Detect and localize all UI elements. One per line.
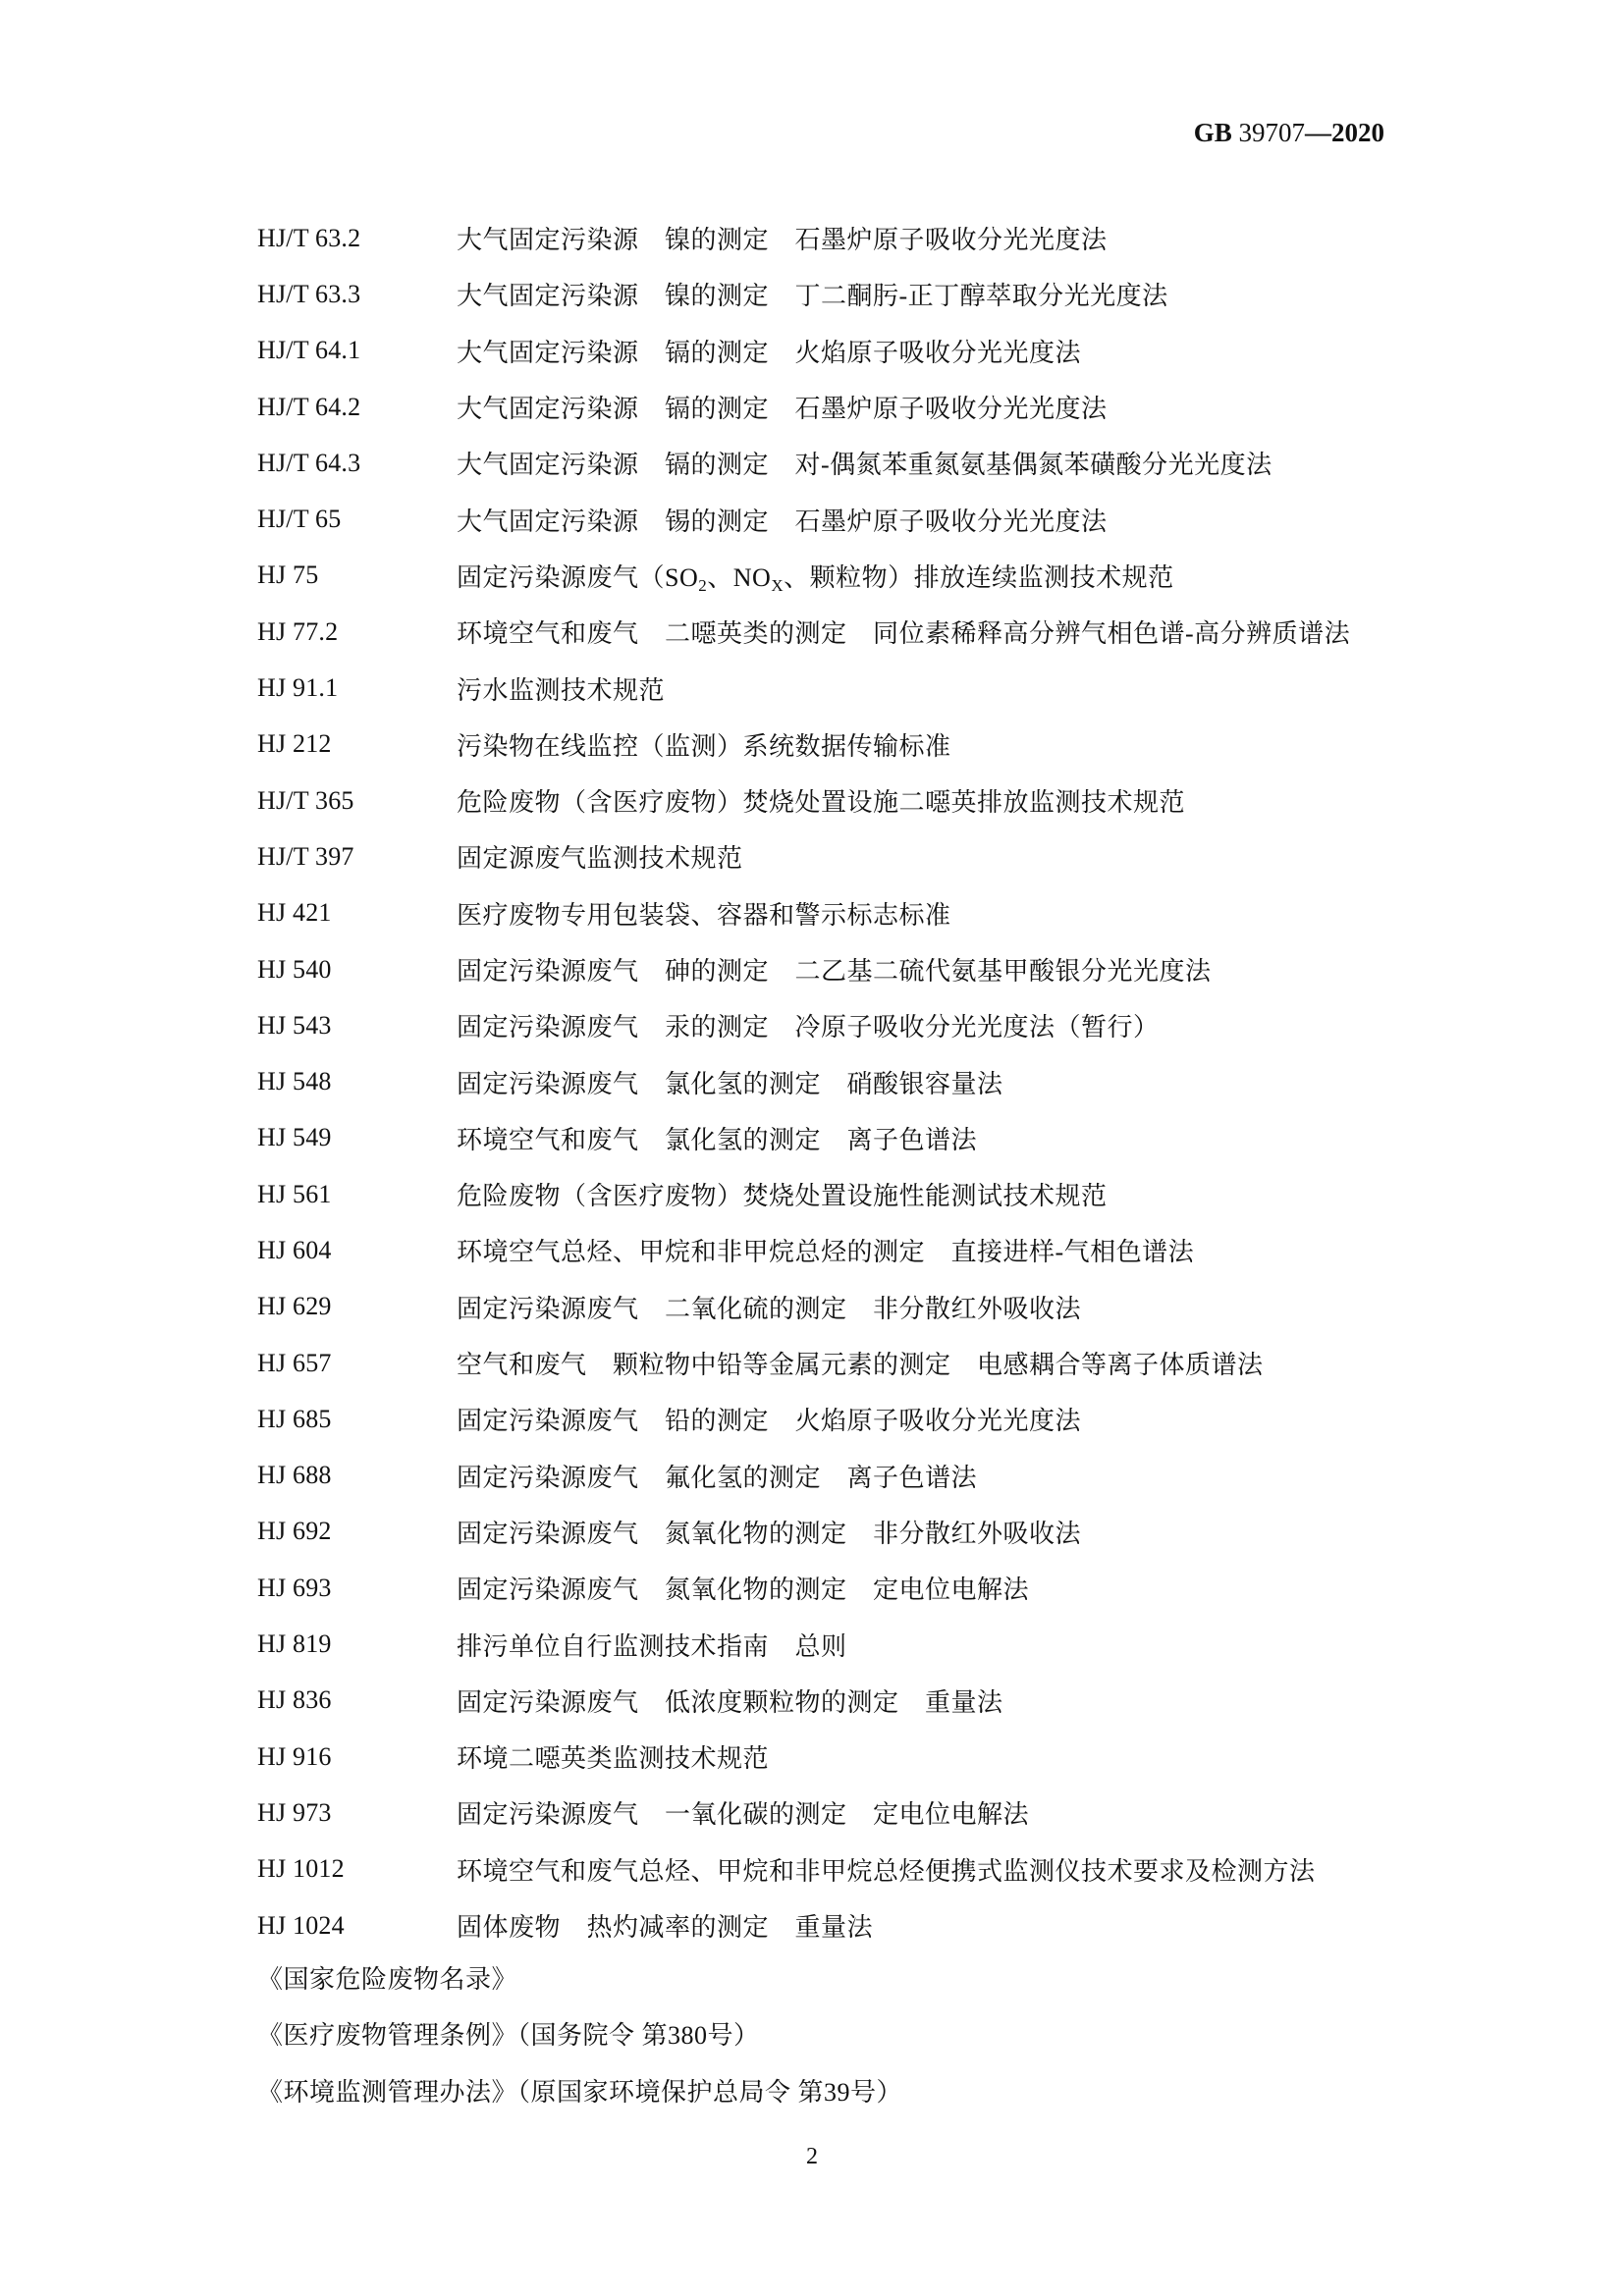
standard-row: HJ 549环境空气和废气 氯化氢的测定 离子色谱法 [257, 1110, 1485, 1166]
regulation-reference: 《医疗废物管理条例》（国务院令 第380号） [257, 2005, 1435, 2061]
standard-row: HJ 973固定污染源废气 一氧化碳的测定 定电位电解法 [257, 1785, 1485, 1841]
standard-title: 大气固定污染源 镍的测定 石墨炉原子吸收分光光度法 [457, 220, 1485, 256]
standard-row: HJ 91.1污水监测技术规范 [257, 660, 1485, 716]
standard-title: 危险废物（含医疗废物）焚烧处置设施性能测试技术规范 [457, 1176, 1485, 1212]
standard-row: HJ 657空气和废气 颗粒物中铅等金属元素的测定 电感耦合等离子体质谱法 [257, 1335, 1485, 1391]
title-part: 固定污染源废气（SO [457, 563, 698, 592]
standard-code: HJ 212 [257, 729, 457, 759]
standard-row: HJ 688固定污染源废气 氟化氢的测定 离子色谱法 [257, 1448, 1485, 1504]
standard-code: HJ/T 64.1 [257, 336, 457, 365]
standard-title: 固定污染源废气 氟化氢的测定 离子色谱法 [457, 1458, 1485, 1494]
standard-code: HJ 629 [257, 1292, 457, 1321]
standard-code: HJ 421 [257, 898, 457, 928]
standard-row: HJ/T 64.3大气固定污染源 镉的测定 对-偶氮苯重氮氨基偶氮苯磺酸分光光度… [257, 435, 1485, 491]
standard-title: 固定污染源废气 低浓度颗粒物的测定 重量法 [457, 1682, 1485, 1719]
standard-title: 污水监测技术规范 [457, 670, 1485, 707]
standard-code: HJ 540 [257, 955, 457, 985]
standard-title: 固定污染源废气 氮氧化物的测定 非分散红外吸收法 [457, 1514, 1485, 1550]
standard-title: 固定污染源废气 汞的测定 冷原子吸收分光光度法（暂行） [457, 1007, 1485, 1043]
standard-row: HJ 212污染物在线监控（监测）系统数据传输标准 [257, 717, 1485, 773]
standard-row: HJ 561危险废物（含医疗废物）焚烧处置设施性能测试技术规范 [257, 1166, 1485, 1222]
standard-title: 大气固定污染源 镉的测定 石墨炉原子吸收分光光度法 [457, 389, 1485, 425]
standard-title: 环境空气和废气总烃、甲烷和非甲烷总烃便携式监测仪技术要求及检测方法 [457, 1851, 1485, 1888]
standard-row: HJ 693固定污染源废气 氮氧化物的测定 定电位电解法 [257, 1560, 1485, 1616]
standard-title: 固定污染源废气 铅的测定 火焰原子吸收分光光度法 [457, 1401, 1485, 1437]
standard-title: 环境二噁英类监测技术规范 [457, 1738, 1485, 1775]
standard-row: HJ/T 63.3大气固定污染源 镍的测定 丁二酮肟-正丁醇萃取分光光度法 [257, 266, 1485, 322]
subscript-x: X [771, 576, 784, 595]
standard-code: HJ 77.2 [257, 617, 457, 647]
standard-code: HJ/T 397 [257, 842, 457, 872]
standard-row: HJ 685固定污染源废气 铅的测定 火焰原子吸收分光光度法 [257, 1391, 1485, 1447]
standard-title: 固定污染源废气 氮氧化物的测定 定电位电解法 [457, 1570, 1485, 1606]
standard-row: HJ 692固定污染源废气 氮氧化物的测定 非分散红外吸收法 [257, 1504, 1485, 1560]
standard-row: HJ 604环境空气总烃、甲烷和非甲烷总烃的测定 直接进样-气相色谱法 [257, 1222, 1485, 1278]
standard-title: 危险废物（含医疗废物）焚烧处置设施二噁英排放监测技术规范 [457, 782, 1485, 819]
standard-title: 大气固定污染源 锡的测定 石墨炉原子吸收分光光度法 [457, 502, 1485, 538]
standard-title: 环境空气和废气 氯化氢的测定 离子色谱法 [457, 1120, 1485, 1156]
standard-row: HJ 548固定污染源废气 氯化氢的测定 硝酸银容量法 [257, 1053, 1485, 1109]
standard-row: HJ 836固定污染源废气 低浓度颗粒物的测定 重量法 [257, 1673, 1485, 1729]
standard-title: 环境空气和废气 二噁英类的测定 同位素稀释高分辨气相色谱-高分辨质谱法 [457, 614, 1485, 650]
standard-code: HJ 91.1 [257, 673, 457, 703]
standard-code: HJ/T 63.3 [257, 280, 457, 309]
standard-row: HJ 77.2环境空气和废气 二噁英类的测定 同位素稀释高分辨气相色谱-高分辨质… [257, 604, 1485, 660]
subscript-2: 2 [698, 576, 707, 595]
standard-code: HJ 75 [257, 561, 457, 590]
standard-code: HJ 657 [257, 1349, 457, 1378]
standard-title: 污染物在线监控（监测）系统数据传输标准 [457, 726, 1485, 763]
standard-title: 排污单位自行监测技术指南 总则 [457, 1627, 1485, 1663]
standard-title: 医疗废物专用包装袋、容器和警示标志标准 [457, 895, 1485, 932]
standard-code: HJ/T 64.3 [257, 449, 457, 478]
standard-row: HJ 1024固体废物 热灼减率的测定 重量法 [257, 1897, 1485, 1953]
standard-title: 固定污染源废气 氯化氢的测定 硝酸银容量法 [457, 1064, 1485, 1100]
document-header: GB 39707—2020 [1159, 116, 1384, 149]
standard-title: 固定污染源废气 二氧化硫的测定 非分散红外吸收法 [457, 1289, 1485, 1325]
normative-references-list: HJ/T 63.2大气固定污染源 镍的测定 石墨炉原子吸收分光光度法 HJ/T … [257, 210, 1485, 1953]
standard-code: HJ 688 [257, 1461, 457, 1490]
standard-code: HJ 692 [257, 1517, 457, 1546]
standard-row: HJ 543固定污染源废气 汞的测定 冷原子吸收分光光度法（暂行） [257, 997, 1485, 1053]
standard-row: HJ/T 365危险废物（含医疗废物）焚烧处置设施二噁英排放监测技术规范 [257, 773, 1485, 828]
standard-row: HJ 819排污单位自行监测技术指南 总则 [257, 1616, 1485, 1672]
standard-title: 空气和废气 颗粒物中铅等金属元素的测定 电感耦合等离子体质谱法 [457, 1345, 1485, 1381]
standard-title: 大气固定污染源 镉的测定 火焰原子吸收分光光度法 [457, 333, 1485, 369]
title-part: 、NO [707, 563, 771, 592]
standard-code: HJ 1024 [257, 1911, 457, 1941]
standard-code: HJ/T 63.2 [257, 224, 457, 253]
standard-number: 39707 [1232, 118, 1305, 147]
standard-title: 固定源废气监测技术规范 [457, 838, 1485, 875]
standard-code: HJ 1012 [257, 1854, 457, 1884]
standard-row: HJ 1012环境空气和废气总烃、甲烷和非甲烷总烃便携式监测仪技术要求及检测方法 [257, 1842, 1485, 1897]
standard-code: HJ/T 365 [257, 786, 457, 816]
standard-row: HJ 421医疗废物专用包装袋、容器和警示标志标准 [257, 885, 1485, 941]
standard-title: 大气固定污染源 镉的测定 对-偶氮苯重氮氨基偶氮苯磺酸分光光度法 [457, 445, 1485, 481]
title-part: 、颗粒物）排放连续监测技术规范 [784, 563, 1174, 592]
standard-code: HJ 693 [257, 1574, 457, 1603]
standard-title: 大气固定污染源 镍的测定 丁二酮肟-正丁醇萃取分光光度法 [457, 276, 1485, 312]
standard-code: HJ 543 [257, 1011, 457, 1041]
standard-title: 固定污染源废气（SO2、NOX、颗粒物）排放连续监测技术规范 [457, 558, 1485, 594]
standard-code: HJ 836 [257, 1685, 457, 1715]
standard-row: HJ/T 64.2大气固定污染源 镉的测定 石墨炉原子吸收分光光度法 [257, 379, 1485, 435]
standard-code: HJ 548 [257, 1067, 457, 1096]
standard-code: HJ 916 [257, 1742, 457, 1772]
standard-code: HJ/T 64.2 [257, 393, 457, 422]
standard-title: 固体废物 热灼减率的测定 重量法 [457, 1907, 1485, 1944]
standard-code: HJ/T 65 [257, 505, 457, 534]
standard-code: HJ 604 [257, 1236, 457, 1265]
page-number: 2 [0, 2144, 1624, 2170]
standard-row: HJ/T 63.2大气固定污染源 镍的测定 石墨炉原子吸收分光光度法 [257, 210, 1485, 266]
standard-title: 固定污染源废气 砷的测定 二乙基二硫代氨基甲酸银分光光度法 [457, 951, 1485, 988]
standard-code: HJ 561 [257, 1180, 457, 1209]
standard-prefix-gb: GB [1194, 118, 1232, 147]
standard-code: HJ 819 [257, 1629, 457, 1659]
header-dash: — [1305, 118, 1331, 147]
standard-code: HJ 549 [257, 1123, 457, 1152]
standard-row: HJ/T 65大气固定污染源 锡的测定 石墨炉原子吸收分光光度法 [257, 491, 1485, 547]
standard-title: 固定污染源废气 一氧化碳的测定 定电位电解法 [457, 1794, 1485, 1831]
standard-row: HJ 629固定污染源废气 二氧化硫的测定 非分散红外吸收法 [257, 1279, 1485, 1335]
standard-title: 环境空气总烃、甲烷和非甲烷总烃的测定 直接进样-气相色谱法 [457, 1232, 1485, 1268]
standard-row: HJ/T 64.1大气固定污染源 镉的测定 火焰原子吸收分光光度法 [257, 323, 1485, 379]
standard-row: HJ 916环境二噁英类监测技术规范 [257, 1729, 1485, 1785]
regulation-reference: 《环境监测管理办法》（原国家环境保护总局令 第39号） [257, 2062, 1435, 2118]
regulation-reference: 《国家危险废物名录》 [257, 1949, 1435, 2005]
standard-row: HJ/T 397固定源废气监测技术规范 [257, 828, 1485, 884]
standard-row: HJ 75固定污染源废气（SO2、NOX、颗粒物）排放连续监测技术规范 [257, 548, 1485, 604]
standard-code: HJ 973 [257, 1798, 457, 1828]
regulation-references: 《国家危险废物名录》 《医疗废物管理条例》（国务院令 第380号） 《环境监测管… [257, 1949, 1435, 2118]
standard-year: 2020 [1331, 118, 1384, 147]
standard-row: HJ 540固定污染源废气 砷的测定 二乙基二硫代氨基甲酸银分光光度法 [257, 941, 1485, 997]
standard-code: HJ 685 [257, 1405, 457, 1434]
